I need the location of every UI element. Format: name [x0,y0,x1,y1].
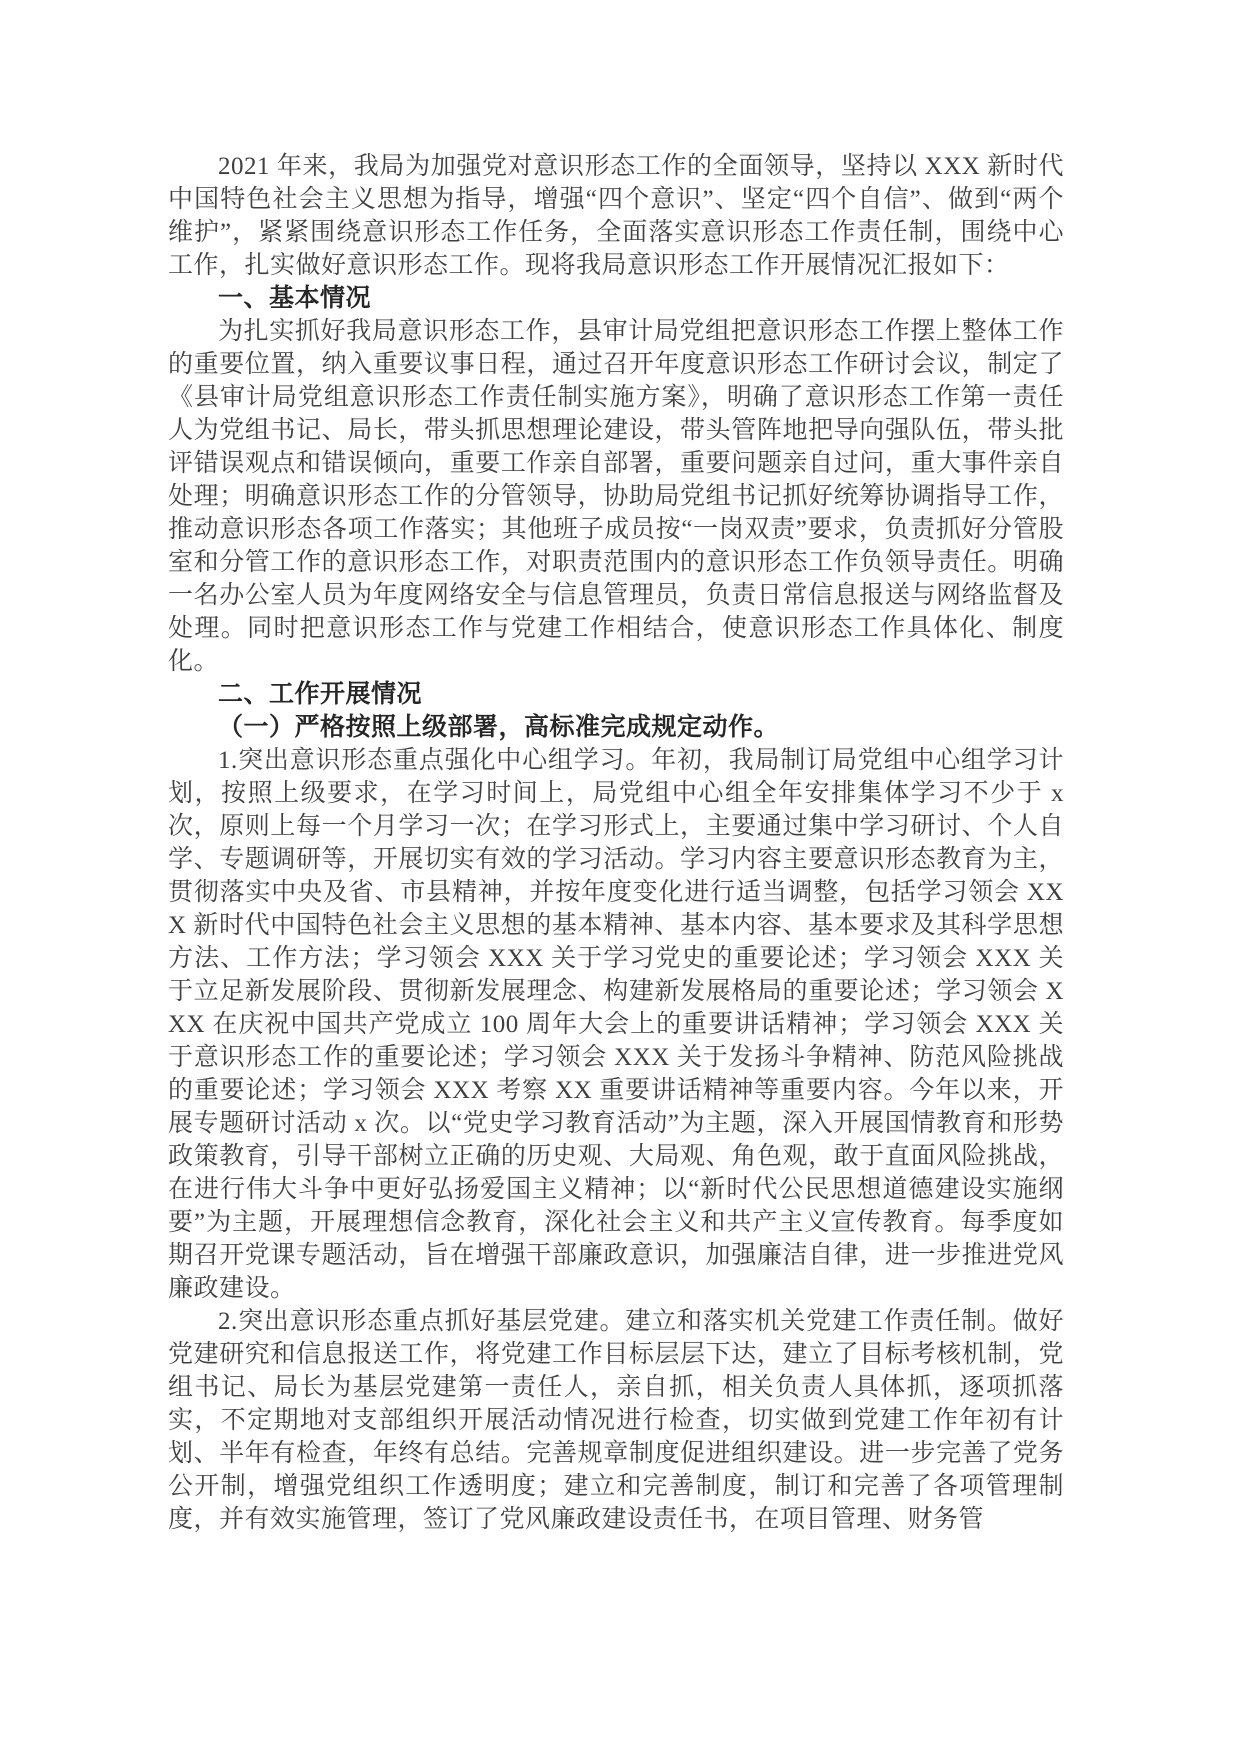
heading-work-progress: 二、工作开展情况 [168,678,1064,711]
subheading-strict-deployment: （一）严格按照上级部署，高标准完成规定动作。 [168,711,1064,744]
heading-basic-situation: 一、基本情况 [168,282,1064,315]
paragraph-item-1-central-group-study: 1.突出意识形态重点强化中心组学习。年初，我局制订局党组中心组学习计划，按照上级… [168,744,1064,1305]
document-page: 2021 年来，我局为加强党对意识形态工作的全面领导，坚持以 XXX 新时代中国… [0,0,1240,1754]
paragraph-intro: 2021 年来，我局为加强党对意识形态工作的全面领导，坚持以 XXX 新时代中国… [168,150,1064,282]
paragraph-item-2-grassroots-party-building: 2.突出意识形态重点抓好基层党建。建立和落实机关党建工作责任制。做好党建研究和信… [168,1305,1064,1536]
paragraph-basic-situation: 为扎实抓好我局意识形态工作，县审计局党组把意识形态工作摆上整体工作的重要位置，纳… [168,315,1064,678]
